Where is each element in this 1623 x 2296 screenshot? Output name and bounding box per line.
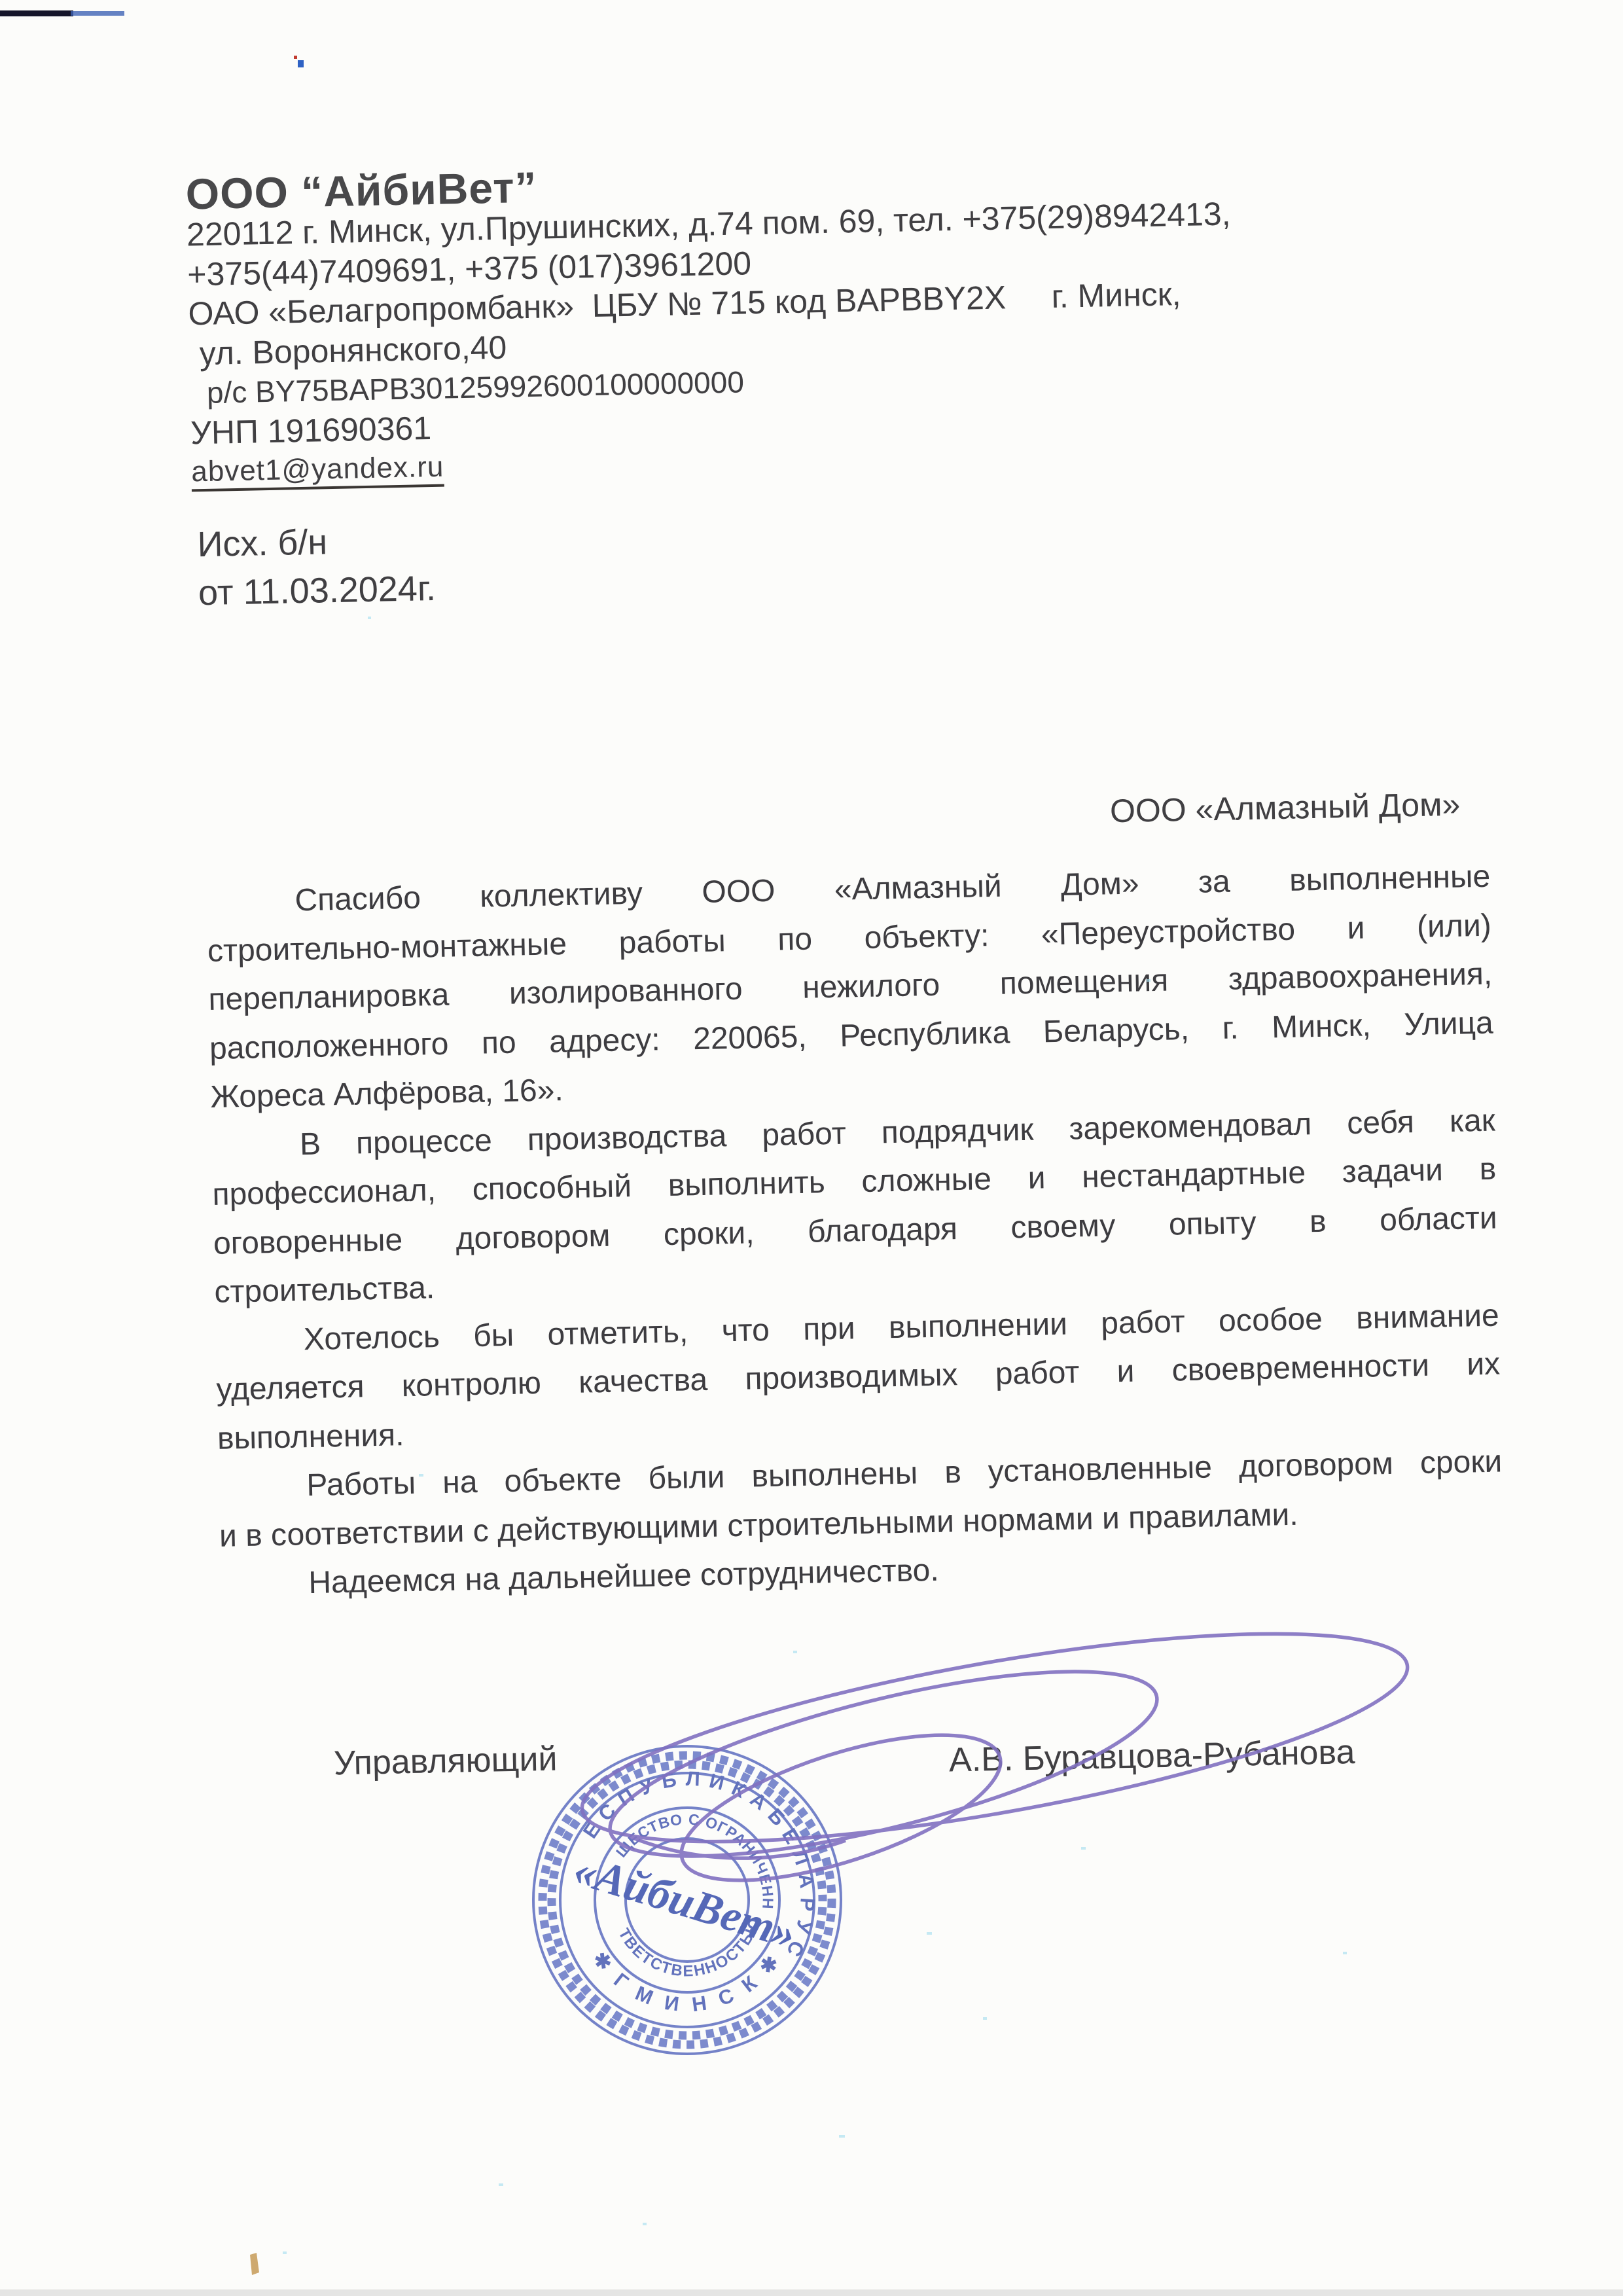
signatory-name: А.В. Буравцова-Рубанова [948, 1732, 1355, 1780]
recipient: ООО «Алмазный Дом» [1109, 785, 1460, 831]
signature-position-title: Управляющий [333, 1740, 558, 1784]
ref-date: от 11.03.2024г. [198, 564, 436, 617]
ref-number: Исх. б/н [197, 516, 435, 569]
typed-content: ООО “АйбиВет” 220112 г. Минск, ул.Прушин… [0, 0, 1623, 2296]
ref-block: Исх. б/н от 11.03.2024г. [197, 516, 437, 617]
scanned-letter-page: ООО “АйбиВет” 220112 г. Минск, ул.Прушин… [0, 0, 1623, 2296]
letter-body: Спасибо коллективу ООО «Алмазный Дом» за… [206, 853, 1505, 1610]
sender-address-block: 220112 г. Минск, ул.Прушинских, д.74 пом… [186, 191, 1369, 492]
